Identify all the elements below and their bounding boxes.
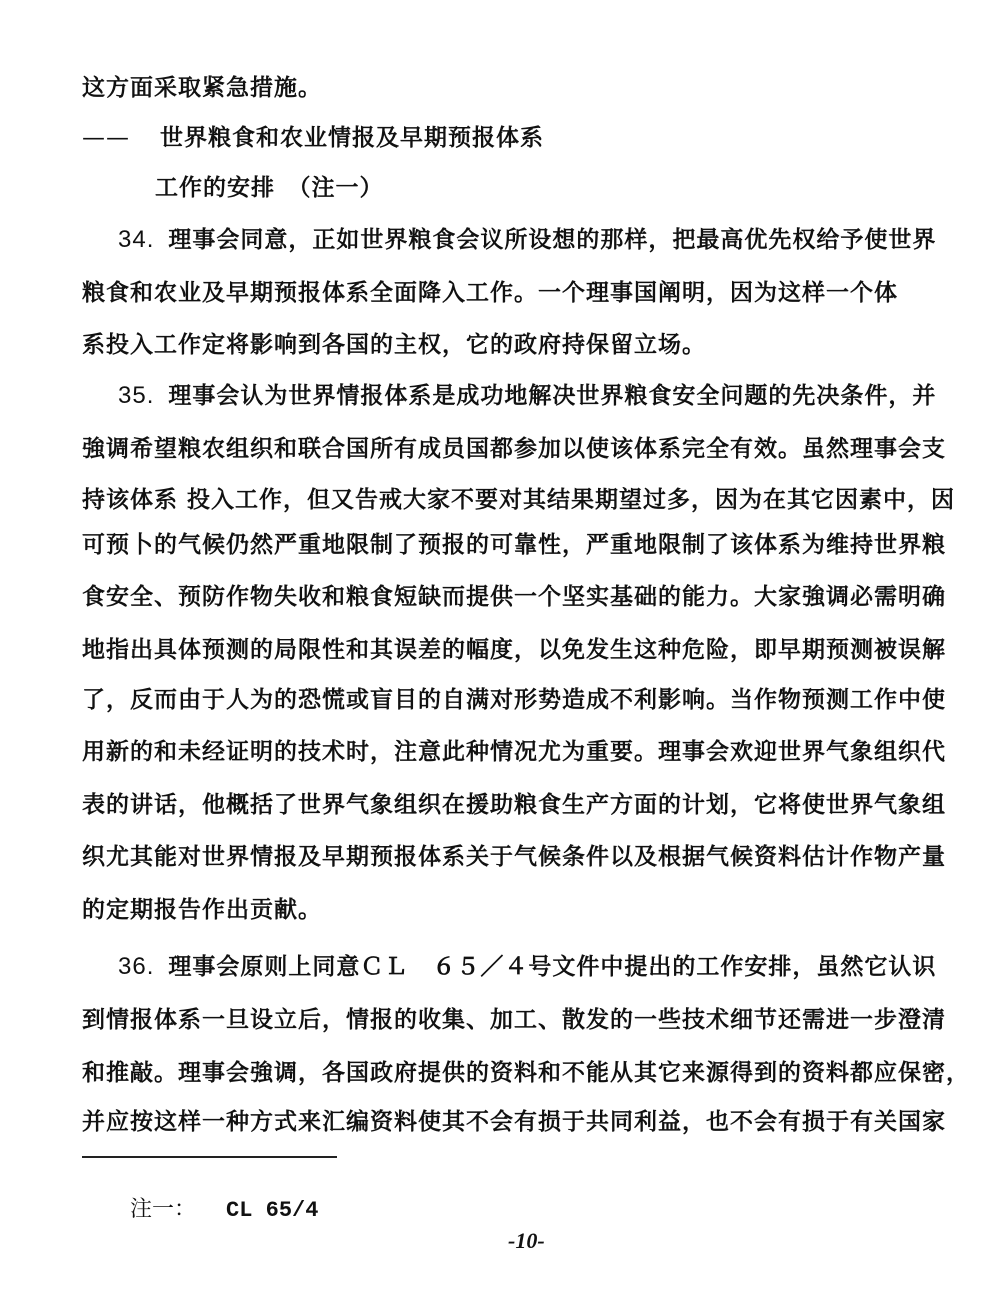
footnote-divider <box>82 1156 337 1158</box>
paragraph-number: 35. <box>118 382 154 409</box>
heading-dash: —— <box>82 125 130 151</box>
paragraph-35-line-2: 強调希望粮农组织和联合国所有成员国都参加以使该体系完全有效。虽然理事会支 <box>82 434 946 464</box>
paragraph-35-line-11: 的定期报告作出贡献。 <box>82 895 322 925</box>
paragraph-35-line-7: 了，反而由于人为的恐慌或盲目的自满对形势造成不利影响。当作物预测工作中使 <box>82 685 946 715</box>
page-number: -10- <box>508 1228 545 1254</box>
paragraph-35-line-4: 可预卜的气候仍然严重地限制了预报的可靠性，严重地限制了该体系为维持世界粮 <box>82 530 946 560</box>
footnote-label: 注一： <box>130 1197 196 1222</box>
paragraph-35-line-3: 持该体系 投入工作，但又告戒大家不要对其结果期望过多，因为在其它因素中，因 <box>82 485 955 515</box>
paragraph-34-line-2: 粮食和农业及早期预报体系全面降入工作。一个理事国阐明，因为这样一个体 <box>82 278 898 308</box>
paragraph-36-line-4: 并应按这样一种方式来汇编资料使其不会有损于共同利益，也不会有损于有关国家 <box>82 1107 946 1137</box>
paragraph-35-line-1: 35.理事会认为世界情报体系是成功地解决世界粮食安全问题的先决条件，并 <box>118 381 936 411</box>
paragraph-36-line-2: 到情报体系一旦设立后，情报的收集、加工、散发的一些技术细节还需进一步澄清 <box>82 1005 946 1035</box>
paragraph-34-line-3: 系投入工作定将影响到各国的主权，它的政府持保留立场。 <box>82 330 706 360</box>
footnote-text: CL 65/4 <box>226 1198 318 1223</box>
paragraph-35-line-6: 地指出具体预测的局限性和其误差的幅度，以免发生这种危险，即早期预测被误解 <box>82 635 946 665</box>
paragraph-35-line-9: 表的讲话，他概括了世界气象组织在援助粮食生产方面的计划，它将使世界气象组 <box>82 790 946 820</box>
paragraph-34-line-1: 34.理事会同意，正如世界粮食会议所设想的那样，把最高优先权给予使世界 <box>118 225 936 255</box>
paragraph-35-line-8: 用新的和未经证明的技术时，注意此种情况尤为重要。理事会欢迎世界气象组织代 <box>82 737 946 767</box>
paragraph-35-line-5: 食安全、预防作物失收和粮食短缺而提供一个坚实基础的能力。大家強调必需明确 <box>82 582 946 612</box>
paragraph-35-line-10: 织尤其能对世界情报及早期预报体系关于气候条件以及根据气候资料估计作物产量 <box>82 842 946 872</box>
paragraph-number: 36. <box>118 953 154 980</box>
paragraph-36-line-1: 36.理事会原则上同意ＣＬ ６５／４号文件中提出的工作安排，虽然它认识 <box>118 952 936 982</box>
section-heading-line2: 工作的安排 （注一） <box>155 173 384 203</box>
intro-line: 这方面采取紧急措施。 <box>82 73 322 103</box>
paragraph-number: 34. <box>118 226 154 253</box>
section-heading-line1: ——世界粮食和农业情报及早期预报体系 <box>82 123 544 153</box>
paragraph-36-line-3: 和推敲。理事会強调，各国政府提供的资料和不能从其它来源得到的资料都应保密， <box>82 1058 970 1088</box>
footnote: 注一：CL 65/4 <box>130 1192 318 1223</box>
heading-title-1: 世界粮食和农业情报及早期预报体系 <box>160 125 544 151</box>
